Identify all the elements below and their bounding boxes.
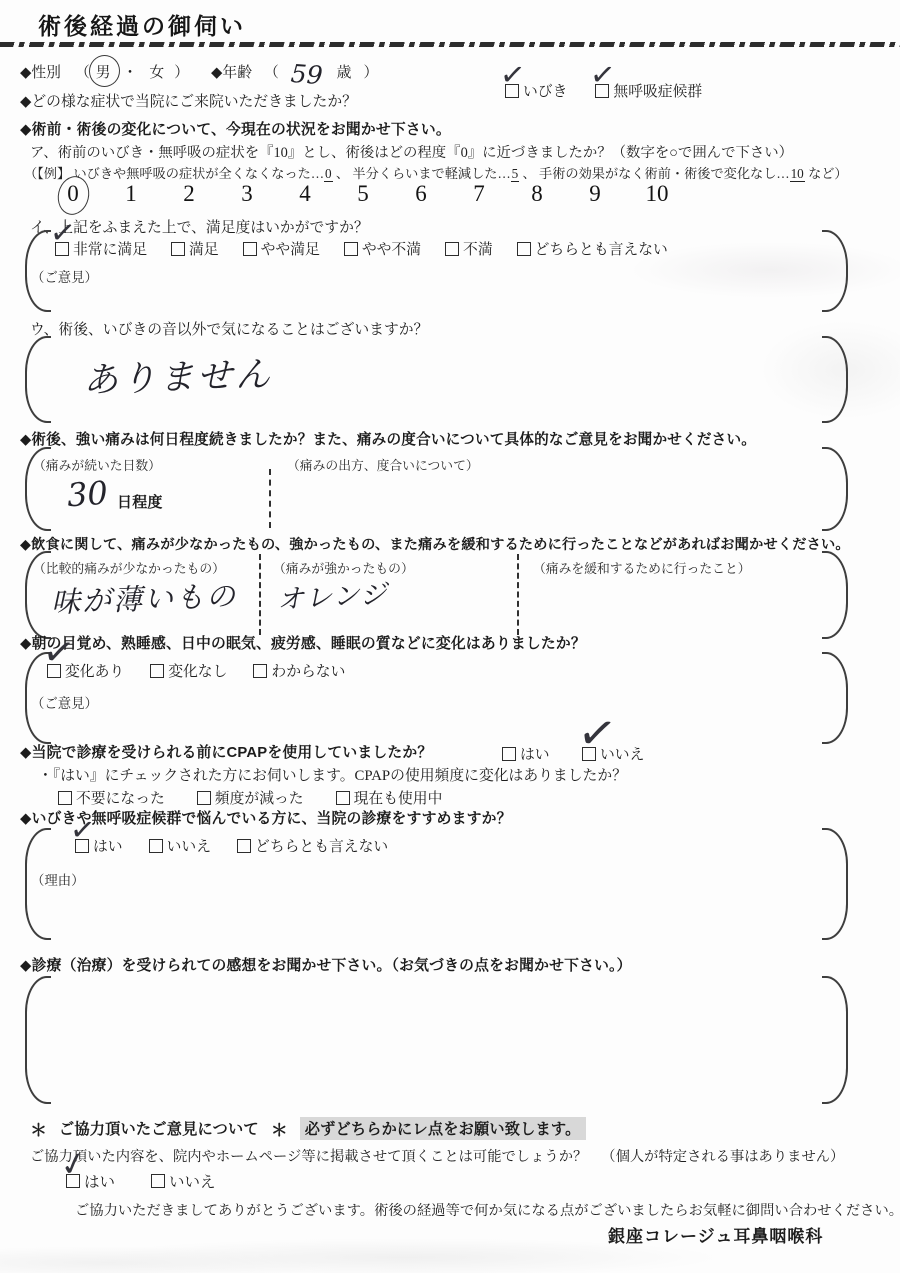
scale-number-9[interactable]: 9 <box>566 181 624 207</box>
checkbox-label: 満足 <box>189 238 219 259</box>
example-text: 、 半分くらいまで軽減した… <box>333 166 511 181</box>
footer-highlight: 必ずどちらかにレ点をお願い致します。 <box>300 1117 586 1140</box>
questionnaire-scan: 術後経過の御伺い ◆性別 （ 男 ・ 女 ） ◆年齢 （ 59 歳 ） ◆どの様… <box>0 0 900 1273</box>
checkbox[interactable] <box>151 1174 165 1188</box>
sleep-options: ✓ 変化あり 変化なし わからない <box>47 660 345 681</box>
clinic-name: 銀座コレージュ耳鼻咽喉科 <box>608 1222 823 1247</box>
comment-label: （ご意見） <box>31 267 98 286</box>
checkbox[interactable] <box>171 242 185 256</box>
checkbox[interactable] <box>55 242 69 256</box>
scale-number-10[interactable]: 10 <box>624 181 690 207</box>
column-divider <box>517 554 519 635</box>
scale-number-4[interactable]: 4 <box>276 181 334 207</box>
checkbox-option-apnea[interactable]: ✓ 無呼吸症候群 <box>595 80 702 101</box>
checkbox-option-publish-yes[interactable]: ✓ はい <box>66 1170 115 1192</box>
pain-days-unit: 日程度 <box>117 491 163 512</box>
checkbox-label: 頻度が減った <box>215 787 304 808</box>
checkbox[interactable] <box>253 664 267 678</box>
checkbox-label: 不満 <box>463 238 493 259</box>
checkbox-option-very-satisfied[interactable]: ✓ 非常に満足 <box>55 238 147 259</box>
gender-label: ◆性別 <box>20 61 61 82</box>
checkbox-label: いいえ <box>169 1170 216 1192</box>
checkbox-option-recommend-no[interactable]: いいえ <box>149 835 211 856</box>
cpap-row: ◆当院で診療を受けられる前にCPAPを使用していましたか？ はい ✓ いいえ <box>20 741 880 763</box>
checkbox[interactable] <box>445 242 459 256</box>
handwritten-diet-low-pain: 味が薄いもの <box>50 574 237 621</box>
gender-option-male[interactable]: 男 <box>96 61 111 82</box>
checkbox-label: わからない <box>271 660 345 681</box>
checkbox-option-recommend-neither[interactable]: どちらとも言えない <box>237 835 388 856</box>
checkbox-option-satisfied[interactable]: 満足 <box>171 238 219 259</box>
checkbox-option-cpap-yes[interactable]: はい <box>502 743 550 764</box>
checkbox-option-publish-no[interactable]: いいえ <box>151 1170 216 1192</box>
rating-scale: 0 1 2 3 4 5 6 7 8 9 10 <box>44 181 690 207</box>
satisfaction-options: ✓ 非常に満足 満足 やや満足 やや不満 不満 どちらと <box>55 238 668 259</box>
sleep-answer-box: ✓ 変化あり 変化なし わからない （ご意見） <box>25 652 848 744</box>
checkbox[interactable] <box>336 791 350 805</box>
symptom-question: ◆どの様な症状で当院にご来院いただきましたか？ <box>20 90 357 111</box>
publish-question: ご協力頂いた内容を、院内やホームページ等に掲載させて頂くことは可能でしょうか？ <box>30 1149 587 1165</box>
reason-label: （理由） <box>31 870 85 889</box>
checkbox-option-no-longer-needed[interactable]: 不要になった <box>58 787 165 808</box>
checkbox[interactable] <box>58 791 72 805</box>
separator-dot: ・ <box>123 61 138 82</box>
scale-number-5[interactable]: 5 <box>334 181 392 207</box>
scale-number-6[interactable]: 6 <box>392 181 450 207</box>
thanks-message: ご協力いただきましてありがとうございます。術後の経過等で何か気になる点がございま… <box>75 1200 900 1220</box>
publish-options: ✓ はい いいえ <box>66 1170 216 1192</box>
checkbox[interactable] <box>595 84 609 98</box>
checkbox-label: 不要になった <box>76 787 165 808</box>
example-text: 、 手術の効果がなく術前・術後で変化なし… <box>519 166 789 181</box>
scale-number-1[interactable]: 1 <box>102 181 160 207</box>
publish-question-row: ご協力頂いた内容を、院内やホームページ等に掲載させて頂くことは可能でしょうか？ … <box>30 1146 844 1166</box>
checkbox[interactable] <box>502 747 516 761</box>
pain-detail-label: （痛みの出方、度合いについて） <box>287 455 479 474</box>
checkbox-label: はい <box>520 743 550 764</box>
checkbox-label: 変化あり <box>65 660 124 681</box>
checkbox-option-still-using[interactable]: 現在も使用中 <box>336 787 443 808</box>
column-divider <box>269 469 271 528</box>
checkbox-option-dissatisfied[interactable]: 不満 <box>445 238 493 259</box>
recommend-question: ◆いびきや無呼吸症候群で悩んでいる方に、当院の診療をすすめますか？ <box>20 807 512 828</box>
asterisk-icon: ＊ <box>271 1116 288 1141</box>
checkbox-option-snoring[interactable]: ✓ いびき <box>505 80 567 101</box>
recommend-options: ✓ はい いいえ どちらとも言えない <box>75 835 388 856</box>
example-anchor-0: 0 <box>324 166 333 182</box>
pain-answer-box: （痛みが続いた日数） （痛みの出方、度合いについて） 30 日程度 <box>25 447 848 531</box>
checkbox[interactable] <box>237 839 251 853</box>
scale-number-8[interactable]: 8 <box>508 181 566 207</box>
checkbox-label: どちらとも言えない <box>255 835 388 856</box>
handwritten-diet-high-pain: オレンジ <box>276 572 389 617</box>
cpap-followup-options: 不要になった 頻度が減った 現在も使用中 <box>58 787 442 808</box>
checkbox[interactable] <box>197 791 211 805</box>
checkbox-option-somewhat-dissatisfied[interactable]: やや不満 <box>344 238 421 259</box>
cpap-followup-question: ・『はい』にチェックされた方にお伺いします。CPAPの使用頻度に変化はありました… <box>38 764 627 785</box>
checkbox-label: はい <box>84 1170 115 1192</box>
gender-option-female[interactable]: 女 <box>149 61 164 82</box>
checkbox-label: いいえ <box>600 743 644 764</box>
checkbox[interactable] <box>243 242 257 256</box>
change-heading: ◆術前・術後の変化について、今現在の状況をお聞かせ下さい。 <box>20 118 451 139</box>
gender-age-row: ◆性別 （ 男 ・ 女 ） ◆年齢 （ 59 歳 ） <box>20 57 378 86</box>
checkbox-option-no-change[interactable]: 変化なし <box>150 660 227 681</box>
asterisk-icon: ＊ <box>30 1116 47 1141</box>
checkbox-label: 現在も使用中 <box>354 787 443 808</box>
age-label: ◆年齢 <box>211 61 252 82</box>
paren: ） <box>363 61 378 82</box>
footer-note-row: ＊ ご協力頂いたご意見について ＊ 必ずどちらかにレ点をお願い致します。 <box>30 1116 586 1141</box>
cpap-question: ◆当院で診療を受けられる前にCPAPを使用していましたか？ <box>20 745 432 761</box>
example-anchor-5: 5 <box>511 166 520 182</box>
handwritten-pain-days: 30 <box>66 474 109 515</box>
checkbox-option-recommend-yes[interactable]: ✓ はい <box>75 835 123 856</box>
diet-col3-label: （痛みを緩和するために行ったこと） <box>533 558 751 577</box>
paren: （ <box>264 61 279 82</box>
comment-label: （ご意見） <box>31 693 98 712</box>
checkbox[interactable] <box>505 84 519 98</box>
checkbox[interactable] <box>582 747 596 761</box>
pain-question: ◆術後、強い痛みは何日程度続きましたか？また、痛みの度合いについて具体的なご意見… <box>20 428 756 449</box>
scale-number-3[interactable]: 3 <box>218 181 276 207</box>
change-line-a: ア、術前のいびき・無呼吸の症状を『10』とし、術後はどの程度『0』に近づきました… <box>30 141 793 162</box>
checkbox-label: どちらとも言えない <box>535 238 668 259</box>
checkbox-option-somewhat-satisfied[interactable]: やや満足 <box>243 238 320 259</box>
checkbox-label: 無呼吸症候群 <box>613 80 702 101</box>
paren: （ <box>75 61 90 82</box>
checkbox-option-neither[interactable]: どちらとも言えない <box>517 238 668 259</box>
checkbox[interactable] <box>150 664 164 678</box>
example-anchor-10: 10 <box>790 166 805 182</box>
pain-days-label: （痛みが続いた日数） <box>33 455 161 474</box>
checkbox-label: 非常に満足 <box>73 238 147 259</box>
paren: ） <box>174 61 189 82</box>
footer-note: ご協力頂いたご意見について <box>59 1118 259 1139</box>
checkbox[interactable] <box>47 664 61 678</box>
checkbox-label: 変化なし <box>168 660 227 681</box>
checkbox-label: やや満足 <box>261 238 320 259</box>
checkbox[interactable] <box>517 242 531 256</box>
age-unit: 歳 <box>337 61 352 82</box>
diet-answer-box: （比較的痛みが少なかったもの） （痛みが強かったもの） （痛みを緩和するために行… <box>25 551 848 639</box>
impressions-answer-box <box>25 976 848 1104</box>
checkbox-label: はい <box>93 835 123 856</box>
column-divider <box>259 554 261 635</box>
sleep-question: ◆朝の目覚め、熟睡感、日中の眠気、疲労感、睡眠の質などに変化はありましたか？ <box>20 632 586 653</box>
scale-number-2[interactable]: 2 <box>160 181 218 207</box>
handwritten-age: 59 <box>290 59 324 90</box>
handwritten-circle-male <box>86 53 122 90</box>
checkbox-option-unknown[interactable]: わからない <box>253 660 345 681</box>
symptom-options: ✓ いびき ✓ 無呼吸症候群 <box>505 80 702 101</box>
change-example: （【例】 いびきや無呼吸の症状が全くなくなった…0 、 半分くらいまで軽減した…… <box>24 163 848 182</box>
scale-number-7[interactable]: 7 <box>450 181 508 207</box>
checkbox-label: いいえ <box>167 835 211 856</box>
checkbox-option-cpap-no[interactable]: ✓ いいえ <box>582 743 644 764</box>
checkbox[interactable] <box>75 839 89 853</box>
handwritten-answer: ありません <box>82 347 274 404</box>
checkbox-option-frequency-reduced[interactable]: 頻度が減った <box>197 787 304 808</box>
checkbox[interactable] <box>66 1174 80 1188</box>
publish-note: （個人が特定される事はありません） <box>601 1149 844 1165</box>
scale-number-0[interactable]: 0 <box>44 181 102 207</box>
recommend-answer-box: ✓ はい いいえ どちらとも言えない （理由） <box>25 828 848 940</box>
checkbox[interactable] <box>149 839 163 853</box>
other-answer-box: ありません <box>25 336 848 423</box>
satisfaction-answer-box: ✓ 非常に満足 満足 やや満足 やや不満 不満 どちらと <box>25 230 848 312</box>
impressions-question: ◆診療（治療）を受けられての感想をお聞かせ下さい。（お気づきの点をお聞かせ下さい… <box>20 954 632 975</box>
page-title: 術後経過の御伺い <box>38 8 246 41</box>
checkbox-label: いびき <box>523 80 567 101</box>
checkbox[interactable] <box>344 242 358 256</box>
title-divider <box>0 42 900 47</box>
example-text: など） <box>805 166 848 181</box>
checkbox-option-changed[interactable]: ✓ 変化あり <box>47 660 124 681</box>
checkbox-label: やや不満 <box>362 238 421 259</box>
